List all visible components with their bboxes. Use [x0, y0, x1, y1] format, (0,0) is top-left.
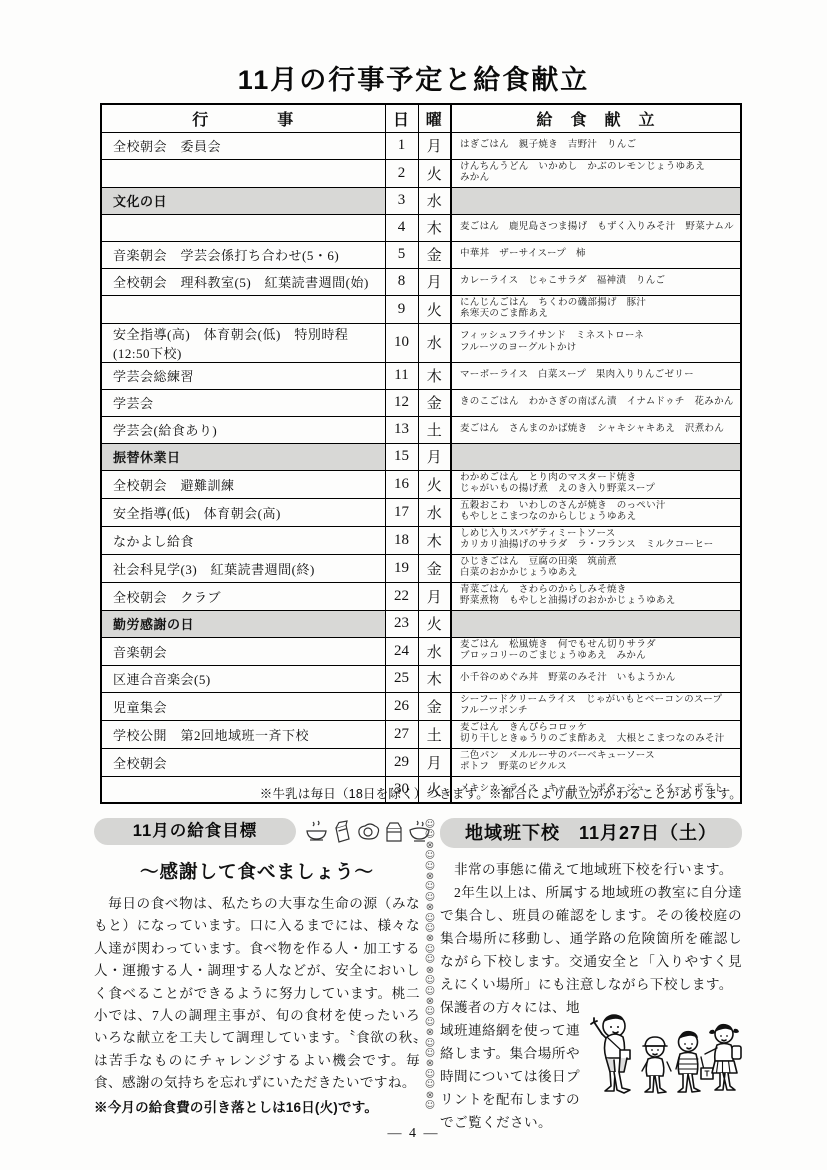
table-row: 児童集会 26 金 シーフードクリームライス じゃがいもとベーコンのスープフルー… — [101, 692, 741, 720]
weekday-cell: 火 — [418, 295, 451, 323]
weekday-cell: 金 — [418, 554, 451, 582]
day-cell: 16 — [385, 470, 418, 498]
table-row: 4 木 麦ごはん 鹿児島さつま揚げ もずく入りみそ汁 野菜ナムル — [101, 214, 741, 241]
table-row: 学芸会 12 金 きのこごはん わかさぎの南ばん漬 イナムドゥチ 花みかん — [101, 389, 741, 416]
menu-cell: 中華丼 ザーサイスープ 柿 — [451, 241, 741, 268]
dismissal-section: 地域班下校 11月27日（土） 非常の事態に備えて地域班下校を行います。 2年生… — [440, 818, 742, 1134]
event-cell: 安全指導(高) 体育朝会(低) 特別時程(12:50下校) — [101, 323, 385, 362]
table-header-row: 行 事 日 曜 給 食 献 立 — [101, 104, 741, 132]
weekday-cell: 土 — [418, 416, 451, 443]
dismissal-para-2: 2年生以上は、所属する地域班の教室に自分達で集合し、班員の確認をします。その後校… — [440, 881, 742, 996]
day-cell: 5 — [385, 241, 418, 268]
weekday-cell: 月 — [418, 132, 451, 159]
header-day: 日 — [385, 104, 418, 132]
menu-cell: わかめごはん とり肉のマスタード焼きじゃがいもの揚げ煮 えのき入り野菜スープ — [451, 470, 741, 498]
event-cell — [101, 159, 385, 187]
schedule-table: 行 事 日 曜 給 食 献 立 全校朝会 委員会 1 月 はぎごはん 親子焼き … — [100, 103, 742, 804]
event-cell: 学芸会(給食あり) — [101, 416, 385, 443]
menu-cell: フィッシュフライサンド ミネストローネフルーツのヨーグルトかけ — [451, 323, 741, 362]
menu-cell: カレーライス じゃこサラダ 福神漬 りんご — [451, 268, 741, 295]
table-row: 学芸会(給食あり) 13 土 麦ごはん さんまのかば焼き シャキシャキあえ 沢煮… — [101, 416, 741, 443]
bottom-section: 11月の給食目標 — [94, 818, 742, 1134]
day-cell: 17 — [385, 498, 418, 526]
weekday-cell: 火 — [418, 610, 451, 637]
day-cell: 22 — [385, 582, 418, 610]
event-cell: 全校朝会 クラブ — [101, 582, 385, 610]
event-cell: 音楽朝会 学芸会係打ち合わせ(5・6) — [101, 241, 385, 268]
day-cell: 11 — [385, 362, 418, 389]
weekday-cell: 金 — [418, 389, 451, 416]
menu-cell: シーフードクリームライス じゃがいもとベーコンのスープフルーツポンチ — [451, 692, 741, 720]
weekday-cell: 水 — [418, 323, 451, 362]
menu-cell — [451, 443, 741, 470]
day-cell: 3 — [385, 187, 418, 214]
dismissal-para-1: 非常の事態に備えて地域班下校を行います。 — [440, 858, 742, 881]
weekday-cell: 土 — [418, 720, 451, 748]
menu-cell: 麦ごはん 松風焼き 何でもせん切りサラダブロッコリーのごまじょうゆあえ みかん — [451, 637, 741, 665]
lunch-goal-subheading: 〜感謝して食べましょう〜 — [94, 858, 420, 884]
day-cell: 29 — [385, 748, 418, 776]
weekday-cell: 木 — [418, 362, 451, 389]
event-cell: 全校朝会 — [101, 748, 385, 776]
table-row: 9 火 にんじんごはん ちくわの磯部揚げ 豚汁糸寒天のごま酢あえ — [101, 295, 741, 323]
weekday-cell: 水 — [418, 187, 451, 214]
menu-cell: けんちんうどん いかめし かぶのレモンじょうゆあえみかん — [451, 159, 741, 187]
event-cell: 区連合音楽会(5) — [101, 665, 385, 692]
weekday-cell: 水 — [418, 498, 451, 526]
table-row: 学芸会総練習 11 木 マーボーライス 白菜スープ 果肉入りりんごゼリー — [101, 362, 741, 389]
table-row: 振替休業日 15 月 — [101, 443, 741, 470]
event-cell: 振替休業日 — [101, 443, 385, 470]
menu-cell: しめじ入りスパゲティミートソースカリカリ油揚げのサラダ ラ・フランス ミルクコー… — [451, 526, 741, 554]
weekday-cell: 金 — [418, 692, 451, 720]
weekday-cell: 月 — [418, 582, 451, 610]
event-cell: 全校朝会 理科教室(5) 紅葉読書週間(始) — [101, 268, 385, 295]
smiley-divider: ☺☺⊗☺☺⊗☺☺⊗☺☺⊗☺☺⊗☺☺⊗☺☺⊗☺☺⊗☺☺⊗☺ — [423, 820, 437, 1111]
day-cell: 19 — [385, 554, 418, 582]
weekday-cell: 木 — [418, 526, 451, 554]
lunch-fee-note: ※今月の給食費の引き落としは16日(火)です。 — [94, 1097, 420, 1119]
weekday-cell: 火 — [418, 159, 451, 187]
soup-bowl-icon — [304, 819, 329, 844]
event-cell: なかよし給食 — [101, 526, 385, 554]
menu-cell: 麦ごはん さんまのかば焼き シャキシャキあえ 沢煮わん — [451, 416, 741, 443]
food-icons — [304, 819, 432, 844]
day-cell: 23 — [385, 610, 418, 637]
event-cell: 全校朝会 委員会 — [101, 132, 385, 159]
day-cell: 9 — [385, 295, 418, 323]
table-row: 音楽朝会 学芸会係打ち合わせ(5・6) 5 金 中華丼 ザーサイスープ 柿 — [101, 241, 741, 268]
day-cell: 4 — [385, 214, 418, 241]
milk-carton-icon — [331, 819, 353, 844]
menu-cell: マーボーライス 白菜スープ 果肉入りりんごゼリー — [451, 362, 741, 389]
butter-pack-icon — [383, 820, 405, 844]
day-cell: 2 — [385, 159, 418, 187]
event-cell: 学芸会 — [101, 389, 385, 416]
day-cell: 26 — [385, 692, 418, 720]
lunch-goal-heading: 11月の給食目標 — [94, 818, 296, 845]
event-cell — [101, 214, 385, 241]
table-row: 文化の日 3 水 — [101, 187, 741, 214]
header-weekday: 曜 — [418, 104, 451, 132]
menu-cell: にんじんごはん ちくわの磯部揚げ 豚汁糸寒天のごま酢あえ — [451, 295, 741, 323]
weekday-cell: 木 — [418, 665, 451, 692]
table-row: 音楽朝会 24 水 麦ごはん 松風焼き 何でもせん切りサラダブロッコリーのごまじ… — [101, 637, 741, 665]
newsletter-page: 11月の行事予定と給食献立 行 事 日 曜 給 食 献 立 全校朝会 委員会 1… — [0, 0, 827, 1170]
table-row: 全校朝会 29 月 二色パン メルルーサのバーベキューソースポトフ 野菜のピクル… — [101, 748, 741, 776]
day-cell: 12 — [385, 389, 418, 416]
table-row: 社会科見学(3) 紅葉読書週間(終) 19 金 ひじきごはん 豆腐の田楽 筑前煮… — [101, 554, 741, 582]
event-cell: 全校朝会 避難訓練 — [101, 470, 385, 498]
day-cell: 8 — [385, 268, 418, 295]
table-row: 学校公開 第2回地域班一斉下校 27 土 麦ごはん きんぴらコロッケ切り干しとき… — [101, 720, 741, 748]
menu-cell — [451, 187, 741, 214]
day-cell: 27 — [385, 720, 418, 748]
menu-cell: はぎごはん 親子焼き 吉野汁 りんご — [451, 132, 741, 159]
menu-cell — [451, 610, 741, 637]
weekday-cell: 月 — [418, 443, 451, 470]
menu-cell: 五穀おこわ いわしのさんが焼き のっぺい汁もやしとこまつなのからしじょうゆあえ — [451, 498, 741, 526]
page-number: — 4 — — [0, 1126, 827, 1142]
menu-cell: きのこごはん わかさぎの南ばん漬 イナムドゥチ 花みかん — [451, 389, 741, 416]
event-cell: 学校公開 第2回地域班一斉下校 — [101, 720, 385, 748]
event-cell: 音楽朝会 — [101, 637, 385, 665]
table-row: 2 火 けんちんうどん いかめし かぶのレモンじょうゆあえみかん — [101, 159, 741, 187]
table-row: 安全指導(高) 体育朝会(低) 特別時程(12:50下校) 10 水 フィッシュ… — [101, 323, 741, 362]
weekday-cell: 木 — [418, 214, 451, 241]
event-cell: 勤労感謝の日 — [101, 610, 385, 637]
table-row: 区連合音楽会(5) 25 木 小千谷のめぐみ丼 野菜のみそ汁 いもようかん — [101, 665, 741, 692]
day-cell: 24 — [385, 637, 418, 665]
day-cell: 18 — [385, 526, 418, 554]
children-walking-illustration — [584, 1000, 742, 1122]
event-cell: 学芸会総練習 — [101, 362, 385, 389]
event-cell: 安全指導(低) 体育朝会(高) — [101, 498, 385, 526]
fried-egg-icon — [355, 821, 381, 843]
day-cell: 25 — [385, 665, 418, 692]
lunch-goal-body: 毎日の食べ物は、私たちの大事な生命の源（みなもと）になっています。口に入るまでに… — [94, 893, 420, 1095]
table-row: 全校朝会 委員会 1 月 はぎごはん 親子焼き 吉野汁 りんご — [101, 132, 741, 159]
table-row: なかよし給食 18 木 しめじ入りスパゲティミートソースカリカリ油揚げのサラダ … — [101, 526, 741, 554]
weekday-cell: 火 — [418, 470, 451, 498]
lunch-goal-section: 11月の給食目標 — [94, 818, 420, 1119]
header-event: 行 事 — [101, 104, 385, 132]
weekday-cell: 月 — [418, 268, 451, 295]
menu-cell: 小千谷のめぐみ丼 野菜のみそ汁 いもようかん — [451, 665, 741, 692]
weekday-cell: 金 — [418, 241, 451, 268]
weekday-cell: 月 — [418, 748, 451, 776]
milk-note: ※牛乳は毎日（18日を除く）つきます。※都合により献立がかわることがあります。 — [100, 784, 742, 802]
menu-cell: 麦ごはん きんぴらコロッケ切り干しときゅうりのごま酢あえ 大根とこまつなのみそ汁 — [451, 720, 741, 748]
table-row: 全校朝会 クラブ 22 月 青菜ごはん さわらのからしみそ焼き野菜煮物 もやしと… — [101, 582, 741, 610]
table-row: 勤労感謝の日 23 火 — [101, 610, 741, 637]
table-row: 全校朝会 避難訓練 16 火 わかめごはん とり肉のマスタード焼きじゃがいもの揚… — [101, 470, 741, 498]
menu-cell: 青菜ごはん さわらのからしみそ焼き野菜煮物 もやしと油揚げのおかかじょうゆあえ — [451, 582, 741, 610]
day-cell: 10 — [385, 323, 418, 362]
weekday-cell: 水 — [418, 637, 451, 665]
event-cell: 社会科見学(3) 紅葉読書週間(終) — [101, 554, 385, 582]
page-title: 11月の行事予定と給食献立 — [0, 58, 827, 97]
event-cell: 児童集会 — [101, 692, 385, 720]
menu-cell: ひじきごはん 豆腐の田楽 筑前煮白菜のおかかじょうゆあえ — [451, 554, 741, 582]
day-cell: 13 — [385, 416, 418, 443]
menu-cell: 二色パン メルルーサのバーベキューソースポトフ 野菜のピクルス — [451, 748, 741, 776]
day-cell: 15 — [385, 443, 418, 470]
menu-cell: 麦ごはん 鹿児島さつま揚げ もずく入りみそ汁 野菜ナムル — [451, 214, 741, 241]
event-cell: 文化の日 — [101, 187, 385, 214]
day-cell: 1 — [385, 132, 418, 159]
event-cell — [101, 295, 385, 323]
table-row: 全校朝会 理科教室(5) 紅葉読書週間(始) 8 月 カレーライス じゃこサラダ… — [101, 268, 741, 295]
table-row: 安全指導(低) 体育朝会(高) 17 水 五穀おこわ いわしのさんが焼き のっぺ… — [101, 498, 741, 526]
header-menu: 給 食 献 立 — [451, 104, 741, 132]
dismissal-heading: 地域班下校 11月27日（土） — [440, 818, 742, 848]
